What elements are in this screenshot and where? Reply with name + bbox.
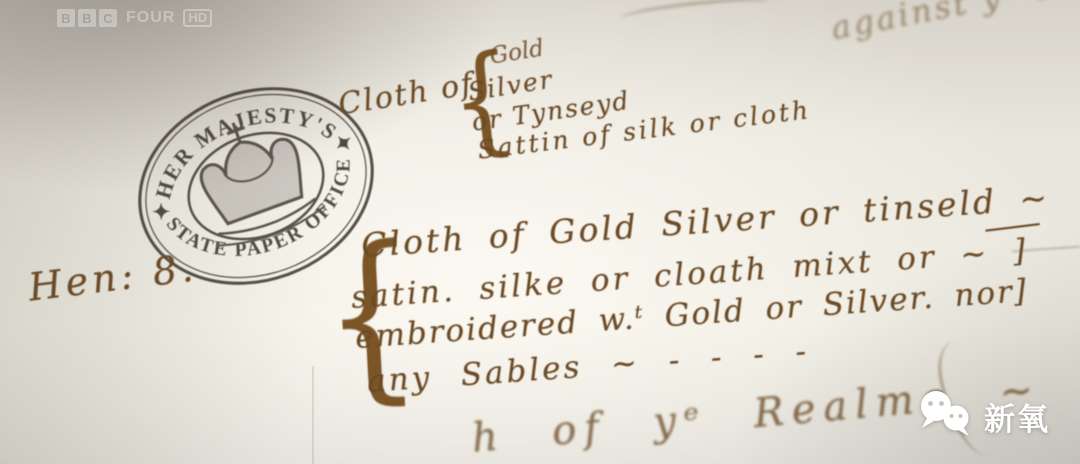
- bbc-four-hd-logo: B B C FOUR HD: [57, 9, 212, 27]
- watermark-brand-text: 新氧: [984, 394, 1050, 439]
- bbc-block-icon: C: [99, 9, 117, 27]
- faded-line-fragment: against yᵉ Gre: [828, 0, 1080, 47]
- bbc-block-icon: B: [78, 9, 96, 27]
- chat-bubbles-icon: [916, 390, 974, 442]
- paper-fold-line: [312, 366, 314, 464]
- hd-badge: HD: [183, 9, 212, 27]
- trailing-ink-dash: ——: [982, 205, 1040, 246]
- bbc-block-icon: B: [57, 9, 75, 27]
- channel-name: FOUR: [126, 9, 175, 27]
- ink-stroke-fragment: [620, 0, 771, 27]
- video-frame-manuscript: B B C FOUR HD ✦HER MAJESTY'S✦ STATE PAPE…: [0, 0, 1080, 464]
- soyoung-watermark: 新氧: [916, 390, 1050, 442]
